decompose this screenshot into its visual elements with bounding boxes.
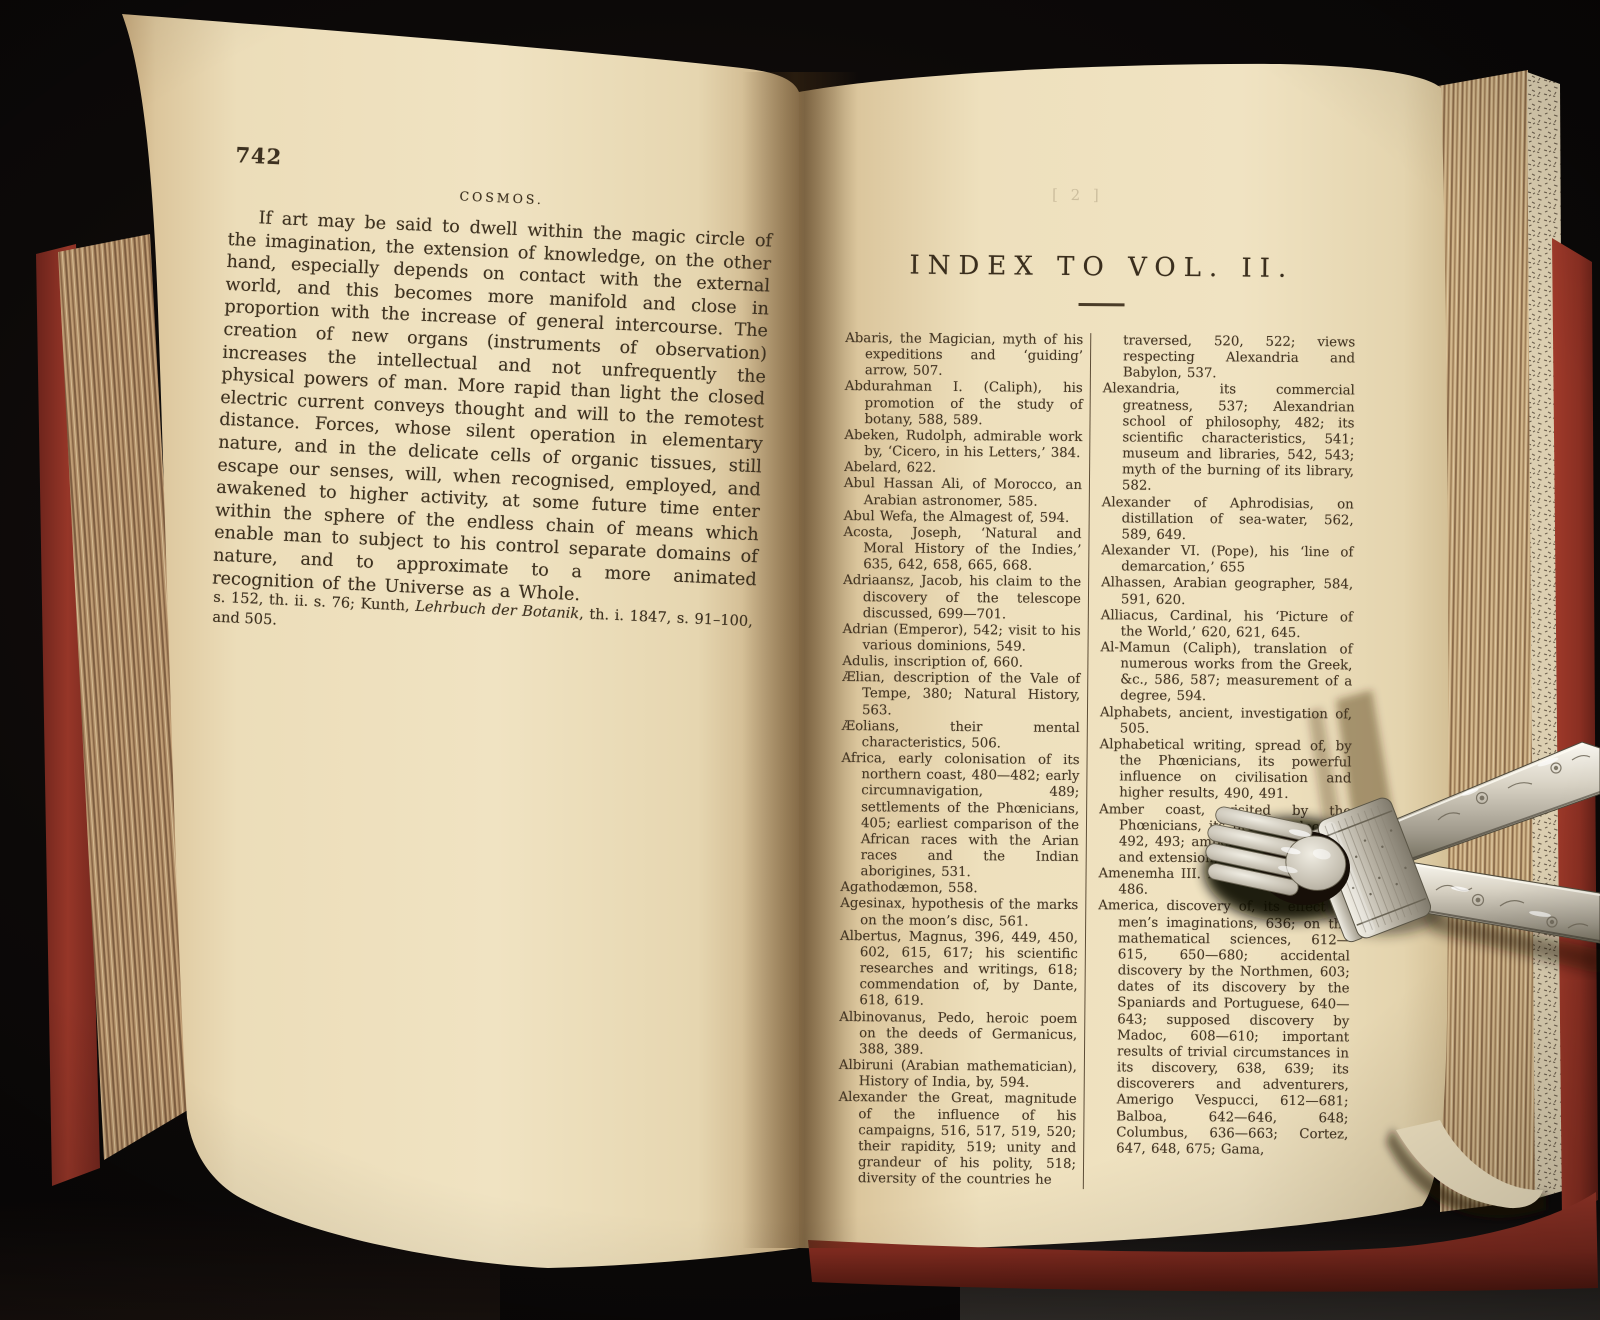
index-entry: Æolians, their mental characteristics, 5…	[842, 719, 1080, 753]
index-entry: Alhassen, Arabian geographer, 584, 591, …	[1101, 576, 1353, 611]
index-entry: traversed, 520, 522; views respecting Al…	[1103, 333, 1355, 384]
index-column-left: Abaris, the Magician, myth of his expedi…	[838, 331, 1090, 1189]
book-photograph: 742 COSMOS. If art may be said to dwell …	[0, 0, 1600, 1320]
index-entry: Adrian (Emperor), 542; visit to his vari…	[842, 622, 1080, 656]
page-number: 742	[235, 142, 283, 169]
index-entry: Abeken, Rudolph, admirable work by, ‘Cic…	[844, 428, 1082, 462]
index-entry: Adriaansz, Jacob, his claim to the disco…	[843, 573, 1081, 624]
page-showthrough: [ 2 ]	[1052, 186, 1103, 204]
index-entry: Abaris, the Magician, myth of his expedi…	[845, 331, 1083, 382]
right-fore-edge-stack	[1438, 70, 1536, 1212]
index-title: INDEX TO VOL. II.	[846, 250, 1358, 284]
index-entry: Acosta, Joseph, ‘Natural and Moral Histo…	[843, 525, 1081, 576]
index-entry: Alexandria, its commercial greatness, 53…	[1102, 382, 1355, 497]
index-entry: Albertus, Magnus, 396, 449, 450, 602, 61…	[839, 929, 1078, 1012]
index-entry: Alliacus, Cardinal, his ‘Picture of the …	[1101, 608, 1353, 643]
silver-hand-clasp	[1150, 720, 1600, 980]
index-entry: Alexander VI. (Pope), his ‘line of demar…	[1101, 543, 1353, 578]
title-rule	[1079, 303, 1125, 306]
open-book-illustration	[0, 0, 1600, 1320]
index-entry: Albinovanus, Pedo, heroic poem on the de…	[839, 1010, 1077, 1061]
index-entry: Alexander of Aphrodisias, on distillatio…	[1101, 495, 1353, 546]
index-entry: Alexander the Great, magnitude of the in…	[838, 1090, 1077, 1189]
clasp-strap-upper	[1394, 742, 1600, 862]
index-entry: Abul Wefa, the Almagest of, 594.	[844, 509, 1082, 527]
index-entry: Ælian, description of the Vale of Tempe,…	[842, 670, 1080, 721]
index-entry: Agesinax, hypothesis of the marks on the…	[840, 896, 1078, 930]
index-entry: Africa, early colonisation of its northe…	[840, 751, 1079, 882]
index-entry: Abul Hassan Ali, of Morocco, an Arabian …	[844, 476, 1082, 510]
index-entry: Al-Mamun (Caliph), translation of numero…	[1100, 640, 1353, 707]
index-entry: Albiruni (Arabian mathematician), Histor…	[839, 1058, 1077, 1092]
body-paragraph: If art may be said to dwell within the m…	[212, 206, 773, 614]
index-entry: Abdurahman I. (Caliph), his promotion of…	[844, 379, 1082, 430]
